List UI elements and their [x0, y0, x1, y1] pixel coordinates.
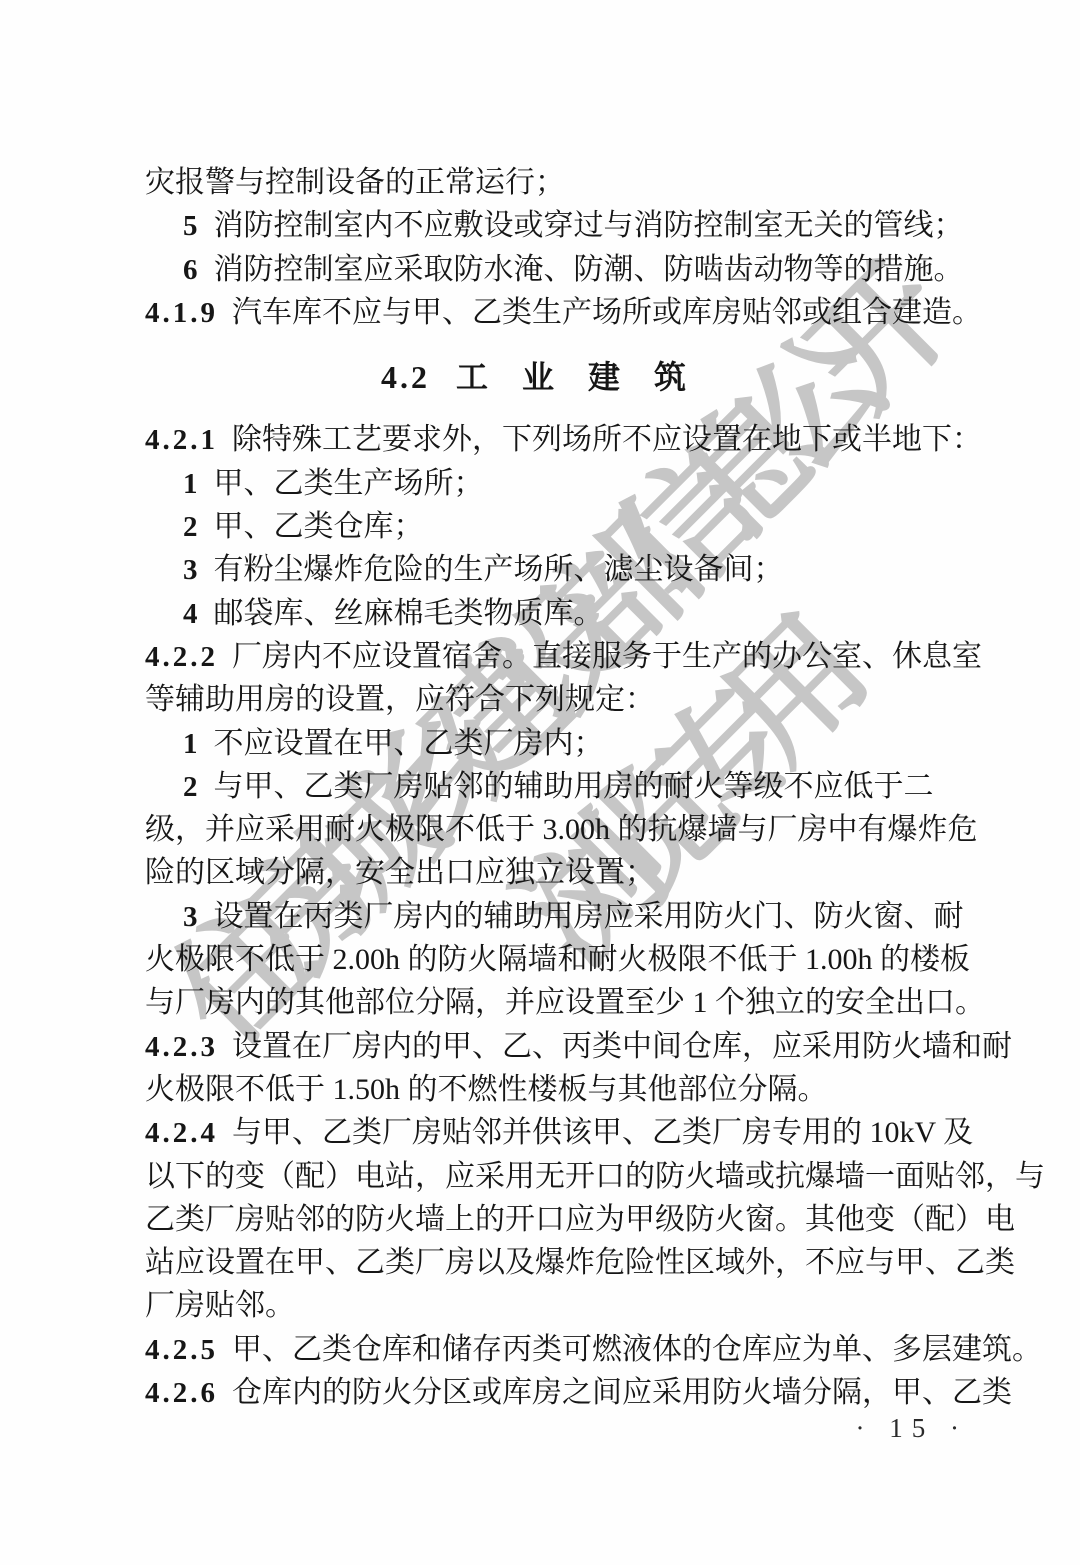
- line-text: 有粉尘爆炸危险的生产场所、滤尘设备间；: [214, 553, 784, 586]
- text-line: 乙类厂房贴邻的防火墙上的开口应为甲级防火窗。其他变（配）电: [0, 1198, 1080, 1241]
- line-text: 除特殊工艺要求外，下列场所不应设置在地下或半地下：: [232, 423, 982, 456]
- line-text: 设置在丙类厂房内的辅助用房应采用防火门、防火窗、耐: [214, 900, 964, 933]
- item-line: 1甲、乙类生产场所；: [0, 462, 1080, 505]
- clause-line: 4.2.5甲、乙类仓库和储存丙类可燃液体的仓库应为单、多层建筑。: [0, 1328, 1080, 1371]
- line-text: 火极限不低于 2.00h 的防火隔墙和耐火极限不低于 1.00h 的楼板: [145, 943, 970, 976]
- line-number: 4.2.1: [145, 424, 218, 456]
- line-text: 仓库内的防火分区或库房之间应采用防火墙分隔，甲、乙类: [232, 1376, 1012, 1409]
- text-line: 厂房贴邻。: [0, 1284, 1080, 1327]
- item-line: 3有粉尘爆炸危险的生产场所、滤尘设备间；: [0, 548, 1080, 591]
- line-text: 灾报警与控制设备的正常运行；: [145, 166, 565, 199]
- line-text: 等辅助用房的设置，应符合下列规定：: [145, 683, 655, 716]
- line-text: 厂房内不应设置宿舍。直接服务于生产的办公室、休息室: [232, 640, 982, 673]
- line-text: 以下的变（配）电站，应采用无开口的防火墙或抗爆墙一面贴邻，与: [145, 1160, 1045, 1193]
- item-line: 4邮袋库、丝麻棉毛类物质库。: [0, 592, 1080, 635]
- item-line: 5消防控制室内不应敷设或穿过与消防控制室无关的管线；: [0, 204, 1080, 247]
- line-number: 4.2.4: [145, 1117, 218, 1149]
- text-line: 险的区域分隔，安全出口应独立设置；: [0, 851, 1080, 894]
- line-number: 1: [183, 728, 198, 760]
- clause-line: 4.2.1除特殊工艺要求外，下列场所不应设置在地下或半地下：: [0, 418, 1080, 461]
- line-number: 4.2.3: [145, 1031, 218, 1063]
- line-number: 1: [183, 468, 198, 500]
- text-line: 灾报警与控制设备的正常运行；: [0, 161, 1080, 204]
- item-line: 2与甲、乙类厂房贴邻的辅助用房的耐火等级不应低于二: [0, 765, 1080, 808]
- line-number: 4.2.6: [145, 1377, 218, 1409]
- line-number: 2: [183, 771, 198, 803]
- line-text: 级，并应采用耐火极限不低于 3.00h 的抗爆墙与厂房中有爆炸危: [145, 813, 978, 846]
- line-number: 4: [183, 598, 198, 630]
- line-text: 乙类厂房贴邻的防火墙上的开口应为甲级防火窗。其他变（配）电: [145, 1203, 1015, 1236]
- line-text: 汽车库不应与甲、乙类生产场所或库房贴邻或组合建造。: [232, 296, 982, 329]
- text-line: 站应设置在甲、乙类厂房以及爆炸危险性区域外，不应与甲、乙类: [0, 1241, 1080, 1284]
- line-number: 4.2.2: [145, 641, 218, 673]
- text-line: 等辅助用房的设置，应符合下列规定：: [0, 678, 1080, 721]
- text-line: 以下的变（配）电站，应采用无开口的防火墙或抗爆墙一面贴邻，与: [0, 1155, 1080, 1198]
- line-text: 与甲、乙类厂房贴邻的辅助用房的耐火等级不应低于二: [214, 770, 934, 803]
- line-text: 厂房贴邻。: [145, 1289, 295, 1322]
- line-number: 4.2.5: [145, 1334, 218, 1366]
- section-heading: 4.2工 业 建 筑: [0, 356, 1080, 399]
- clause-line: 4.2.6仓库内的防火分区或库房之间应采用防火墙分隔，甲、乙类: [0, 1371, 1080, 1414]
- item-line: 1不应设置在甲、乙类厂房内；: [0, 722, 1080, 765]
- page-number: · 15 ·: [856, 1413, 968, 1444]
- document-page: 住房城乡建设部信息公开 浏览专用 灾报警与控制设备的正常运行；5消防控制室内不应…: [0, 0, 1080, 1565]
- item-line: 3设置在丙类厂房内的辅助用房应采用防火门、防火窗、耐: [0, 895, 1080, 938]
- line-text: 不应设置在甲、乙类厂房内；: [214, 727, 604, 760]
- line-text: 站应设置在甲、乙类厂房以及爆炸危险性区域外，不应与甲、乙类: [145, 1246, 1015, 1279]
- text-line: 火极限不低于 2.00h 的防火隔墙和耐火极限不低于 1.00h 的楼板: [0, 938, 1080, 981]
- line-text: 甲、乙类仓库；: [214, 510, 424, 543]
- line-number: 3: [183, 554, 198, 586]
- line-text: 甲、乙类仓库和储存丙类可燃液体的仓库应为单、多层建筑。: [232, 1333, 1042, 1366]
- line-text: 与厂房内的其他部位分隔，并应设置至少 1 个独立的安全出口。: [145, 986, 985, 1019]
- line-number: 2: [183, 511, 198, 543]
- line-text: 消防控制室内不应敷设或穿过与消防控制室无关的管线；: [214, 209, 964, 242]
- line-number: 5: [183, 210, 198, 242]
- heading-number: 4.2: [381, 359, 430, 395]
- document-body: 灾报警与控制设备的正常运行；5消防控制室内不应敷设或穿过与消防控制室无关的管线；…: [0, 161, 1080, 1414]
- item-line: 6消防控制室应采取防水淹、防潮、防啮齿动物等的措施。: [0, 248, 1080, 291]
- item-line: 2甲、乙类仓库；: [0, 505, 1080, 548]
- heading-title: 工 业 建 筑: [456, 359, 699, 395]
- text-line: 与厂房内的其他部位分隔，并应设置至少 1 个独立的安全出口。: [0, 981, 1080, 1024]
- clause-line: 4.2.2厂房内不应设置宿舍。直接服务于生产的办公室、休息室: [0, 635, 1080, 678]
- text-line: 级，并应采用耐火极限不低于 3.00h 的抗爆墙与厂房中有爆炸危: [0, 808, 1080, 851]
- line-number: 3: [183, 901, 198, 933]
- text-line: 火极限不低于 1.50h 的不燃性楼板与其他部位分隔。: [0, 1068, 1080, 1111]
- line-text: 消防控制室应采取防水淹、防潮、防啮齿动物等的措施。: [214, 253, 964, 286]
- line-text: 邮袋库、丝麻棉毛类物质库。: [214, 597, 604, 630]
- line-text: 火极限不低于 1.50h 的不燃性楼板与其他部位分隔。: [145, 1073, 828, 1106]
- line-text: 设置在厂房内的甲、乙、丙类中间仓库，应采用防火墙和耐: [232, 1030, 1012, 1063]
- line-text: 与甲、乙类厂房贴邻并供该甲、乙类厂房专用的 10kV 及: [232, 1116, 973, 1149]
- line-number: 4.1.9: [145, 297, 218, 329]
- clause-line: 4.2.4与甲、乙类厂房贴邻并供该甲、乙类厂房专用的 10kV 及: [0, 1111, 1080, 1154]
- line-text: 险的区域分隔，安全出口应独立设置；: [145, 856, 655, 889]
- line-text: 甲、乙类生产场所；: [214, 467, 484, 500]
- line-number: 6: [183, 254, 198, 286]
- clause-line: 4.1.9汽车库不应与甲、乙类生产场所或库房贴邻或组合建造。: [0, 291, 1080, 334]
- clause-line: 4.2.3设置在厂房内的甲、乙、丙类中间仓库，应采用防火墙和耐: [0, 1025, 1080, 1068]
